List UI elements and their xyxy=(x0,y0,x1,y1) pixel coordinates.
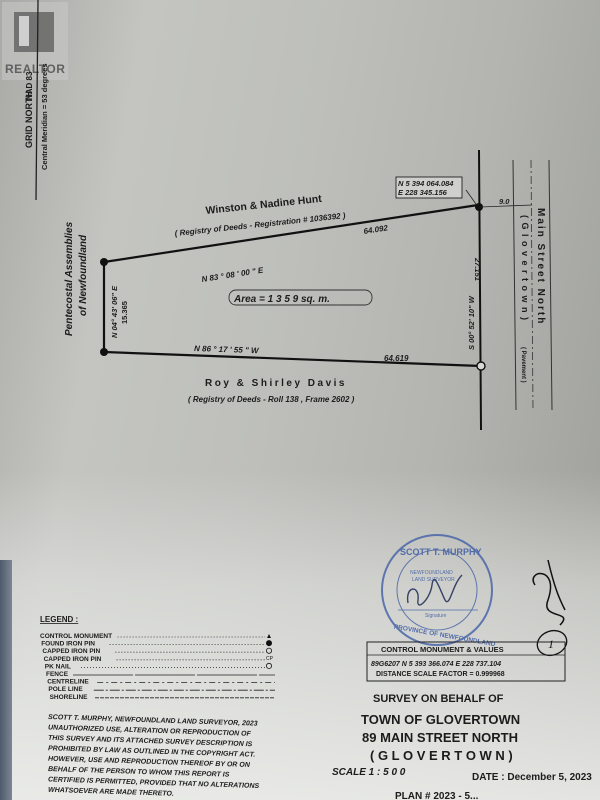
central-meridian-label: Central Meridian = 53 degrees xyxy=(40,63,49,170)
legend-item-label: CONTROL MONUMENT xyxy=(40,633,112,640)
area-value: Area = 1 3 5 9 sq. m. xyxy=(233,294,330,305)
north-distance: 64.092 xyxy=(363,223,389,236)
cp-icon: CP xyxy=(266,656,274,662)
plan-number: PLAN # 2023 - 5... xyxy=(395,791,479,800)
open-circle-icon xyxy=(266,648,271,653)
legend-item-label: FENCE xyxy=(46,671,69,678)
scale: SCALE 1 : 5 0 0 xyxy=(332,767,406,778)
northing-value: N 5 394 064.084 xyxy=(398,179,454,188)
corner-pin-icon xyxy=(100,348,108,356)
grid-north-line xyxy=(36,0,38,200)
street-line-east xyxy=(549,160,552,410)
legend-title: LEGEND : xyxy=(40,615,78,624)
legend-item-label: SHORELINE xyxy=(50,694,89,701)
survey-plan-photo: REALTOR GRID NORTH NAD 83 Central Meridi… xyxy=(0,0,600,800)
legend-item-label: PK NAIL xyxy=(45,663,71,670)
east-bearing: S 00° 52' 10" W xyxy=(467,295,476,350)
survey-behalf: SURVEY ON BEHALF OF xyxy=(373,693,504,705)
nad-label: NAD 83 xyxy=(25,71,34,100)
north-bearing: N 83 ° 08 ' 00 " E xyxy=(201,266,265,284)
north-boundary xyxy=(104,205,478,262)
stamp-name: SCOTT T. MURPHY xyxy=(400,547,482,557)
stamp-line1: NEWFOUNDLAND xyxy=(410,570,453,576)
control-title: CONTROL MONUMENT & VALUES xyxy=(381,645,504,654)
open-circle-icon xyxy=(266,663,271,668)
corner-pin-icon xyxy=(100,258,108,266)
south-boundary xyxy=(104,352,481,366)
copyright-notice: SCOTT T. MURPHY, NEWFOUNDLAND LAND SURVE… xyxy=(48,714,260,798)
south-registry: ( Registry of Deeds - Roll 138 , Frame 2… xyxy=(188,395,355,404)
leader-line xyxy=(466,190,476,204)
north-owner: Winston & Nadine Hunt xyxy=(205,193,323,217)
legend-item-label: CAPPED IRON PIN xyxy=(42,648,100,655)
west-owner-line2: of Newfoundland xyxy=(78,234,89,316)
south-distance: 64.619 xyxy=(384,354,409,363)
client-locality: ( G L O V E R T O W N ) xyxy=(370,748,513,763)
scale-factor: DISTANCE SCALE FACTOR = 0.999968 xyxy=(376,671,505,678)
plan-date: DATE : December 5, 2023 xyxy=(472,772,592,783)
east-distance: 27.151 xyxy=(473,257,482,281)
north-registry: ( Registry of Deeds - Registration # 103… xyxy=(174,211,346,238)
street-surface: ( Pavement ) xyxy=(520,347,526,383)
control-values: 89G6207 N 5 393 366.074 E 228 737.104 xyxy=(371,661,501,668)
easting-value: E 228 345.156 xyxy=(398,188,448,197)
west-distance: 15.365 xyxy=(120,301,129,324)
west-owner-line1: Pentecostal Assemblies xyxy=(64,221,75,336)
handwritten-page-number: 1 xyxy=(548,637,554,651)
surveyor-stamp: SCOTT T. MURPHY NEWFOUNDLAND LAND SURVEY… xyxy=(382,535,496,648)
handwritten-initials-icon xyxy=(533,560,565,625)
street-centreline xyxy=(531,160,533,410)
client-name: TOWN OF GLOVERTOWN xyxy=(361,712,520,727)
street-town: ( G l o v e r t o w n ) xyxy=(520,215,530,321)
west-bearing: N 04° 43' 06" E xyxy=(110,285,119,338)
legend-item-label: CAPPED IRON PIN xyxy=(44,656,102,663)
legend-item-label: CENTRELINE xyxy=(47,679,89,686)
capped-iron-pin-icon xyxy=(477,362,485,370)
legend-item-label: FOUND IRON PIN xyxy=(41,641,95,648)
client-address: 89 MAIN STREET NORTH xyxy=(362,730,518,745)
south-bearing: N 86 ° 17 ' 55 " W xyxy=(194,344,260,355)
offset-distance: 9.0 xyxy=(499,197,510,206)
survey-drawing: GRID NORTH NAD 83 Central Meridian = 53 … xyxy=(0,0,600,800)
filled-circle-icon xyxy=(266,641,271,646)
legend-list: CONTROL MONUMENTFOUND IRON PINCAPPED IRO… xyxy=(40,633,275,701)
south-owner: Roy & Shirley Davis xyxy=(205,378,347,389)
triangle-icon xyxy=(267,634,271,638)
street-name: Main Street North xyxy=(535,208,546,325)
copyright-line: WHATSOEVER ARE MADE THERETO. xyxy=(48,787,174,798)
street-line-west xyxy=(513,160,516,410)
stamp-signature-label: Signature xyxy=(425,613,447,619)
legend-item-label: POLE LINE xyxy=(48,686,83,693)
east-boundary xyxy=(479,150,481,430)
